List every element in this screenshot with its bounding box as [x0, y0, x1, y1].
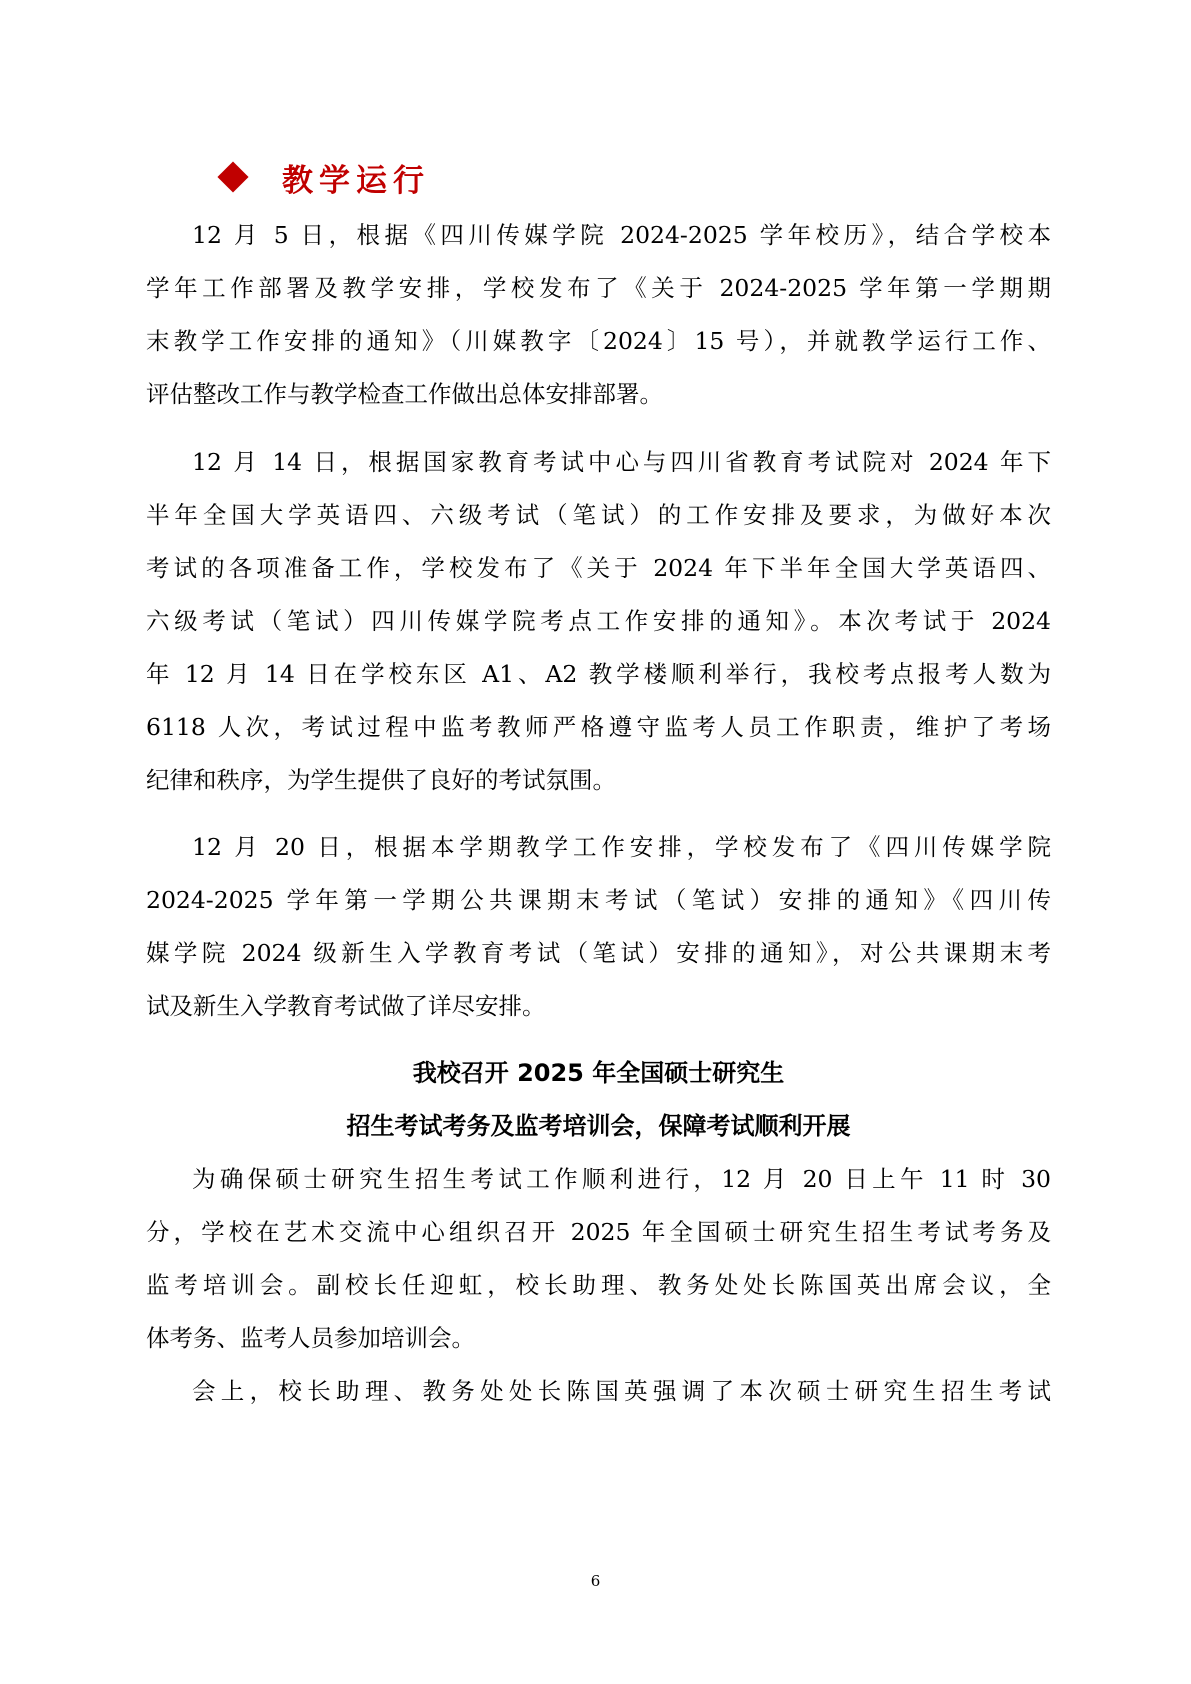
paragraph-line: 6118 人次，考试过程中监考教师严格遵守监考人员工作职责，维护了考场 [146, 710, 1051, 744]
paragraph-line: 2024-2025 学年第一学期公共课期末考试（笔试）安排的通知》《四川传 [146, 883, 1051, 917]
paragraph-line: 会上，校长助理、教务处处长陈国英强调了本次硕士研究生招生考试 [192, 1374, 1051, 1408]
paragraph-line: 12 月 20 日，根据本学期教学工作安排，学校发布了《四川传媒学院 [192, 830, 1051, 864]
paragraph-line: 六级考试（笔试）四川传媒学院考点工作安排的通知》。本次考试于 2024 [146, 604, 1051, 638]
document-page: 教学运行 12 月 5 日，根据《四川传媒学院 2024-2025 学年校历》，… [0, 0, 1191, 1684]
paragraph-line: 年 12 月 14 日在学校东区 A1、A2 教学楼顺利举行，我校考点报考人数为 [146, 657, 1051, 691]
article-title-line-2: 招生考试考务及监考培训会，保障考试顺利开展 [146, 1108, 1051, 1144]
diamond-icon [217, 161, 248, 192]
paragraph-line: 12 月 5 日，根据《四川传媒学院 2024-2025 学年校历》，结合学校本 [192, 218, 1051, 252]
paragraph-line: 评估整改工作与教学检查工作做出总体安排部署。 [146, 377, 1051, 411]
paragraph-line: 半年全国大学英语四、六级考试（笔试）的工作安排及要求，为做好本次 [146, 498, 1051, 532]
paragraph-line: 考试的各项准备工作，学校发布了《关于 2024 年下半年全国大学英语四、 [146, 551, 1051, 585]
section-title: 教学运行 [282, 155, 430, 200]
article-title-line-1: 我校召开 2025 年全国硕士研究生 [146, 1055, 1051, 1091]
paragraph-line: 12 月 14 日，根据国家教育考试中心与四川省教育考试院对 2024 年下 [192, 445, 1051, 479]
page-number: 6 [0, 1572, 1191, 1590]
paragraph-line: 为确保硕士研究生招生考试工作顺利进行，12 月 20 日上午 11 时 30 [192, 1162, 1051, 1196]
paragraph-line: 监考培训会。副校长任迎虹，校长助理、教务处处长陈国英出席会议，全 [146, 1268, 1051, 1302]
paragraph-line: 纪律和秩序，为学生提供了良好的考试氛围。 [146, 763, 1051, 797]
paragraph-line: 分，学校在艺术交流中心组织召开 2025 年全国硕士研究生招生考试考务及 [146, 1215, 1051, 1249]
section-heading: 教学运行 [215, 152, 430, 202]
paragraph-line: 体考务、监考人员参加培训会。 [146, 1321, 1051, 1355]
paragraph-line: 媒学院 2024 级新生入学教育考试（笔试）安排的通知》，对公共课期末考 [146, 936, 1051, 970]
paragraph-line: 末教学工作安排的通知》（川媒教字〔2024〕15 号），并就教学运行工作、 [146, 324, 1051, 358]
paragraph-line: 学年工作部署及教学安排，学校发布了《关于 2024-2025 学年第一学期期 [146, 271, 1051, 305]
paragraph-line: 试及新生入学教育考试做了详尽安排。 [146, 989, 1051, 1023]
